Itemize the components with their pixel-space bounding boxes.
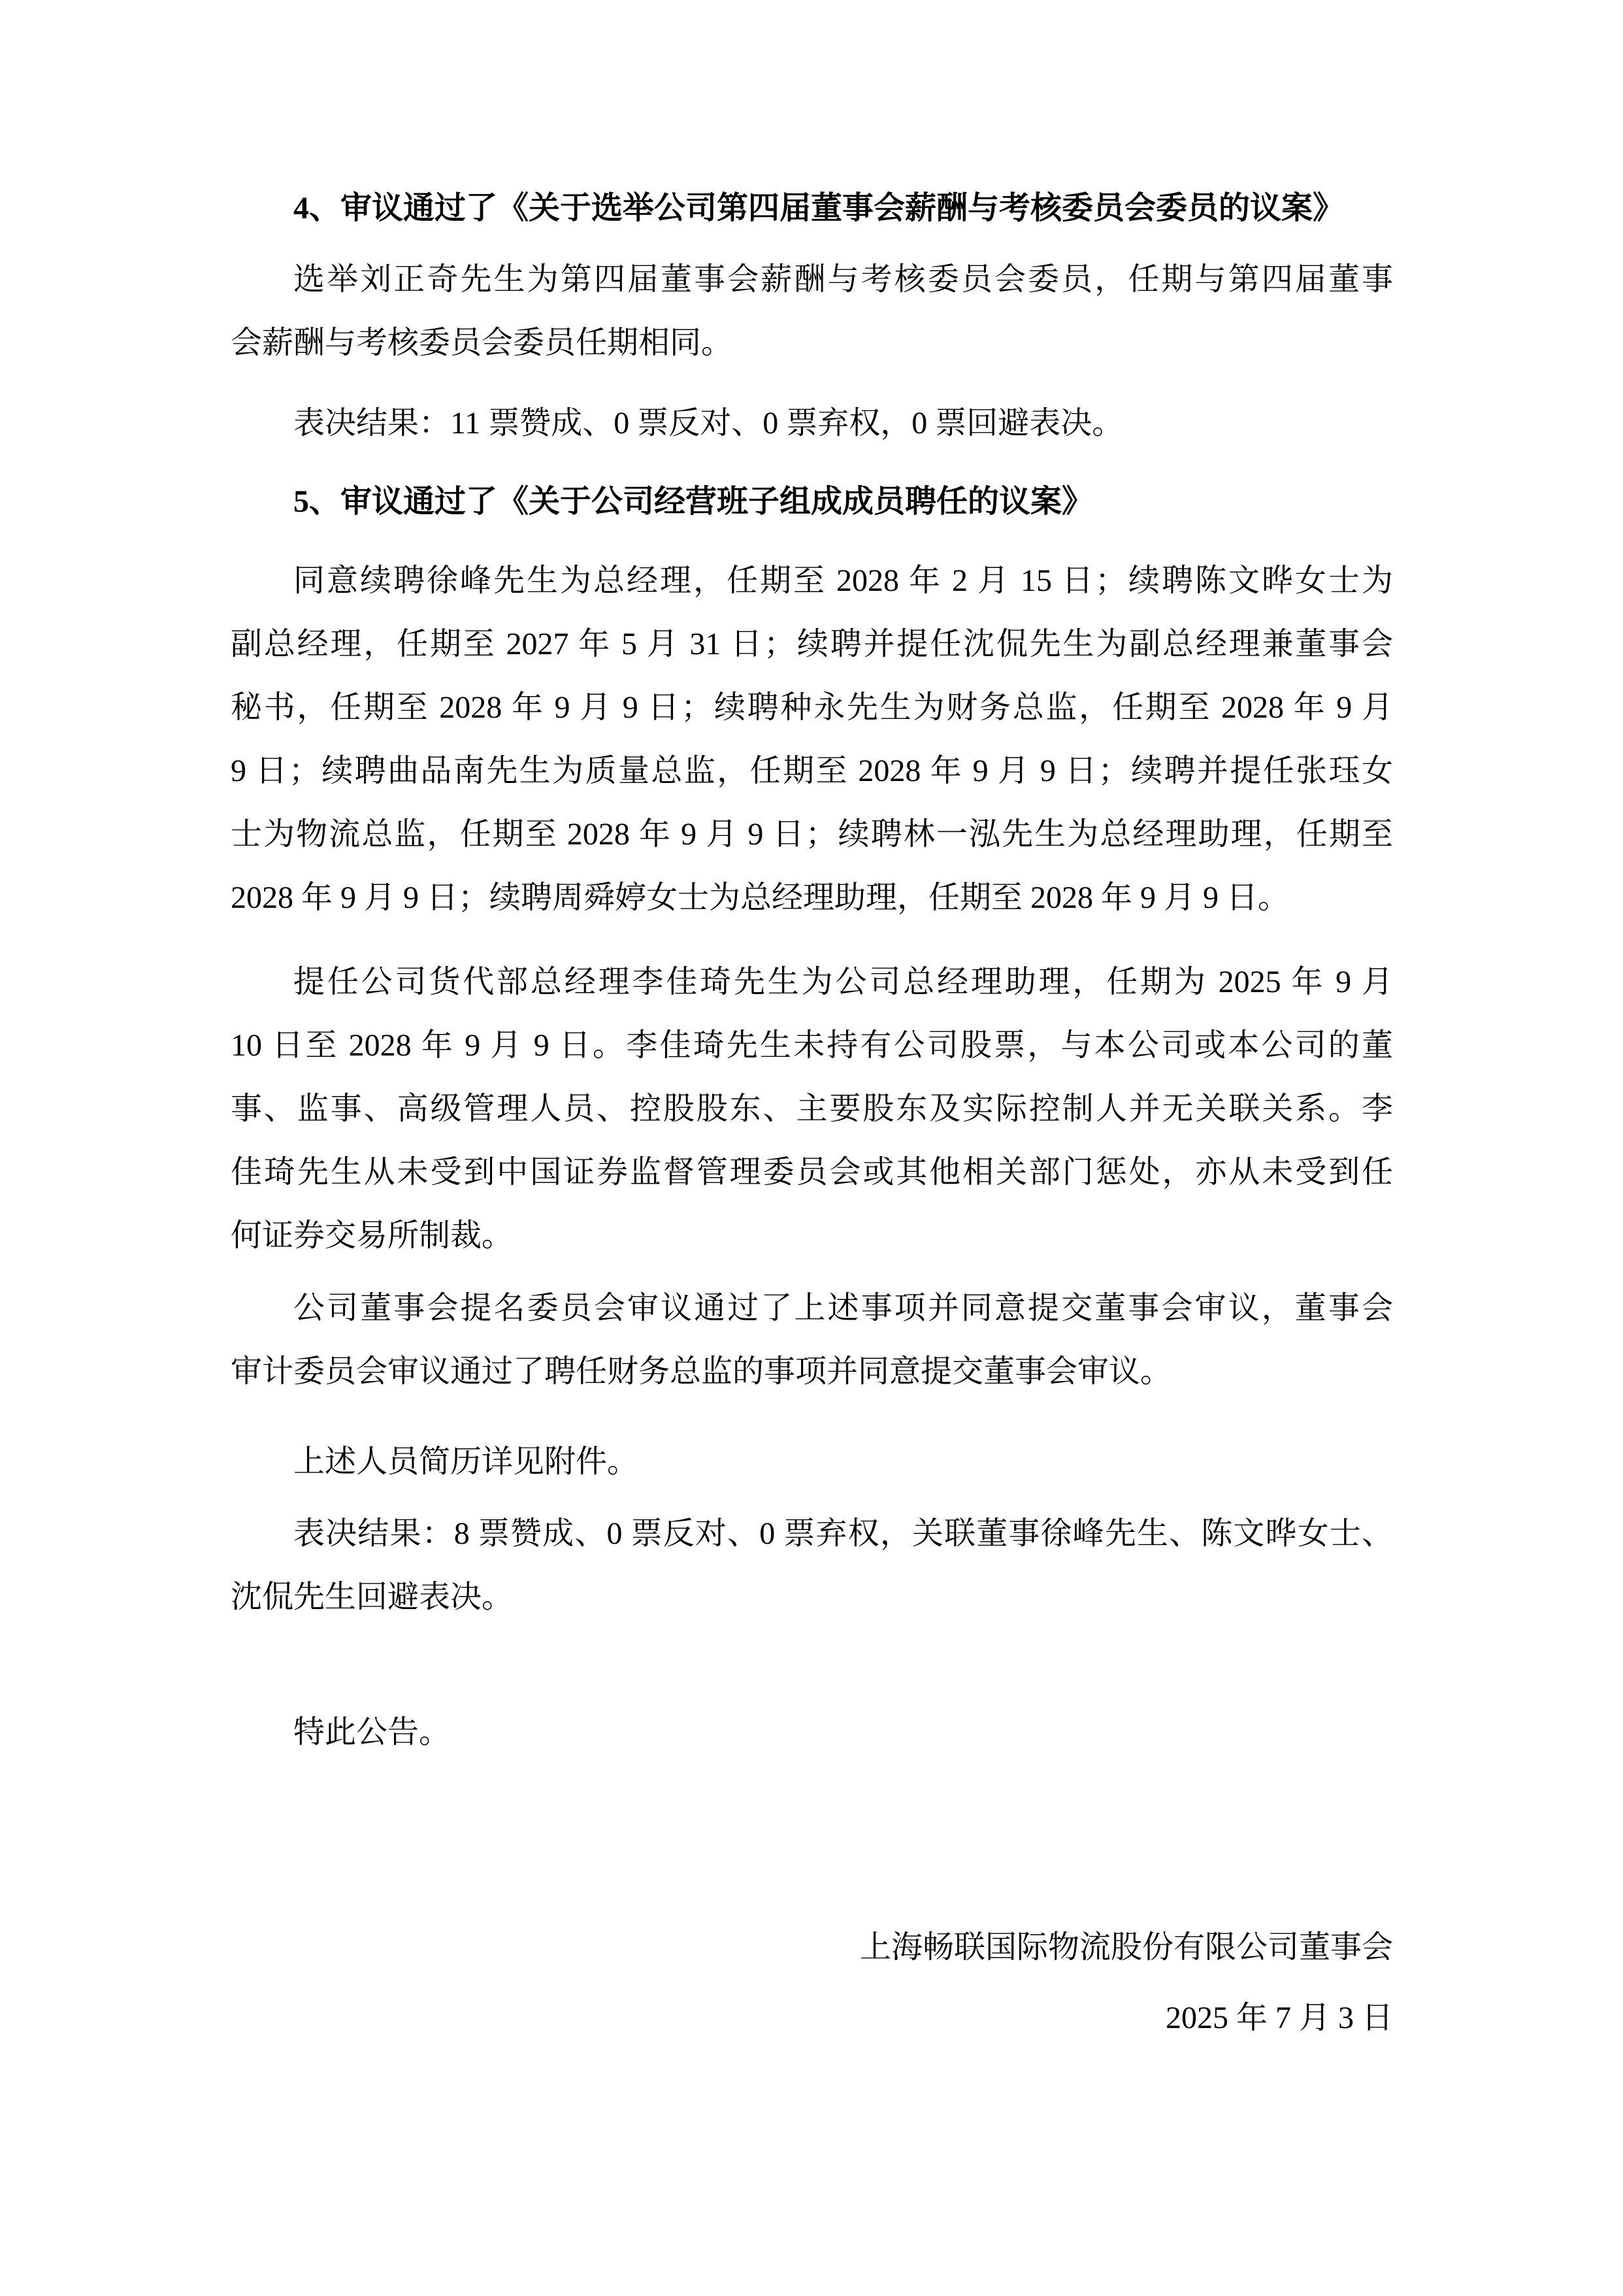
paragraph-line: 10 日至 2028 年 9 月 9 日。李佳琦先生未持有公司股票，与本公司或本… xyxy=(231,1014,1393,1077)
paragraph-line: 会薪酬与考核委员会委员任期相同。 xyxy=(231,311,1393,374)
item-4-heading: 4、审议通过了《关于选举公司第四届董事会薪酬与考核委员会委员的议案》 xyxy=(231,176,1393,240)
paragraph-line: 何证券交易所制裁。 xyxy=(231,1204,1393,1267)
paragraph-line: 2028 年 9 月 9 日；续聘周舜婷女士为总经理助理，任期至 2028 年 … xyxy=(231,866,1393,929)
item-5-li-jiaqi-paragraph: 提任公司货代部总经理李佳琦先生为公司总经理助理，任期为 2025 年 9 月 1… xyxy=(231,950,1393,1267)
paragraph-line: 同意续聘徐峰先生为总经理，任期至 2028 年 2 月 15 日；续聘陈文晔女士… xyxy=(231,549,1393,612)
paragraph-line: 公司董事会提名委员会审议通过了上述事项并同意提交董事会审议，董事会 xyxy=(231,1276,1393,1340)
item-5-heading: 5、审议通过了《关于公司经营班子组成成员聘任的议案》 xyxy=(231,470,1393,533)
paragraph-line: 选举刘正奇先生为第四届董事会薪酬与考核委员会委员，任期与第四届董事 xyxy=(231,248,1393,311)
paragraph-line: 沈侃先生回避表决。 xyxy=(231,1565,1393,1629)
signature-company: 上海畅联国际物流股份有限公司董事会 xyxy=(231,1916,1393,1979)
item-4-body-paragraph: 选举刘正奇先生为第四届董事会薪酬与考核委员会委员，任期与第四届董事 会薪酬与考核… xyxy=(231,248,1393,374)
paragraph-line: 表决结果：8 票赞成、0 票反对、0 票弃权，关联董事徐峰先生、陈文晔女士、 xyxy=(231,1502,1393,1565)
paragraph-line: 审计委员会审议通过了聘任财务总监的事项并同意提交董事会审议。 xyxy=(231,1340,1393,1403)
paragraph-line: 副总经理，任期至 2027 年 5 月 31 日；续聘并提任沈侃先生为副总经理兼… xyxy=(231,612,1393,676)
paragraph-line: 提任公司货代部总经理李佳琦先生为公司总经理助理，任期为 2025 年 9 月 xyxy=(231,950,1393,1014)
item-4-vote-result-paragraph: 表决结果：11 票赞成、0 票反对、0 票弃权，0 票回避表决。 xyxy=(231,391,1393,455)
signature-date: 2025 年 7 月 3 日 xyxy=(231,1986,1393,2050)
paragraph-line: 事、监事、高级管理人员、控股股东、主要股东及实际控制人并无关联关系。李 xyxy=(231,1077,1393,1140)
paragraph-line: 上述人员简历详见附件。 xyxy=(231,1430,1393,1493)
paragraph-line: 佳琦先生从未受到中国证券监督管理委员会或其他相关部门惩处，亦从未受到任 xyxy=(231,1140,1393,1204)
paragraph-line: 9 日；续聘曲品南先生为质量总监，任期至 2028 年 9 月 9 日；续聘并提… xyxy=(231,739,1393,803)
closing-paragraph: 特此公告。 xyxy=(231,1701,1393,1764)
paragraph-line: 秘书，任期至 2028 年 9 月 9 日；续聘种永先生为财务总监，任期至 20… xyxy=(231,676,1393,739)
item-5-committee-paragraph: 公司董事会提名委员会审议通过了上述事项并同意提交董事会审议，董事会 审计委员会审… xyxy=(231,1276,1393,1403)
item-5-resume-note-paragraph: 上述人员简历详见附件。 xyxy=(231,1430,1393,1493)
paragraph-line: 表决结果：11 票赞成、0 票反对、0 票弃权，0 票回避表决。 xyxy=(231,391,1393,455)
item-5-vote-result-paragraph: 表决结果：8 票赞成、0 票反对、0 票弃权，关联董事徐峰先生、陈文晔女士、 沈… xyxy=(231,1502,1393,1629)
announcement-page: 4、审议通过了《关于选举公司第四届董事会薪酬与考核委员会委员的议案》 选举刘正奇… xyxy=(0,0,1623,2296)
paragraph-line: 士为物流总监，任期至 2028 年 9 月 9 日；续聘林一泓先生为总经理助理，… xyxy=(231,803,1393,866)
paragraph-line: 特此公告。 xyxy=(231,1701,1393,1764)
item-5-appointments-paragraph: 同意续聘徐峰先生为总经理，任期至 2028 年 2 月 15 日；续聘陈文晔女士… xyxy=(231,549,1393,929)
